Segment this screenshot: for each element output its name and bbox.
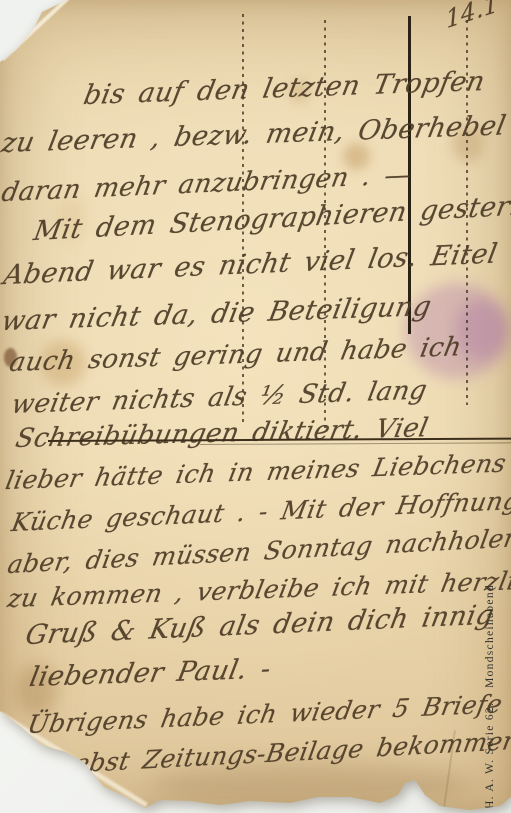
card-title-label: Mondscheinabend.: [484, 580, 496, 688]
violet-smudge: [455, 300, 507, 360]
postcard-paper: 14.1 bis auf den letzten Tropfen zu leer…: [0, 0, 511, 813]
handwriting-line: Abend war es nicht viel los. Eitel: [3, 238, 497, 290]
handwriting-line: war nicht da, die Beteiligung: [1, 291, 431, 337]
handwriting-line: liebender Paul. -: [29, 654, 271, 693]
handwriting-line: bis auf den letzten Tropfen: [83, 66, 485, 111]
date-annotation: 14.1: [442, 0, 503, 33]
handwriting-line: zu leeren , bezw. mein, Oberhebel: [1, 110, 506, 159]
handwriting-line: weiter nichts als ½ Std. lang: [11, 376, 427, 420]
postcard-shadow-wrapper: 14.1 bis auf den letzten Tropfen zu leer…: [0, 0, 511, 813]
scan-background: 14.1 bis auf den letzten Tropfen zu leer…: [0, 0, 511, 813]
handwriting-line: Schreibübungen diktiert. Viel: [16, 413, 429, 454]
handwriting-line: lieber hätte ich in meines Liebchens: [5, 449, 506, 495]
series-label: H. A. W. Serie 62.: [484, 702, 496, 809]
torn-edge-highlight: [1, 0, 74, 61]
publisher-imprint: H. A. W. Serie 62.Mondscheinabend.: [484, 509, 496, 809]
handwriting-line: auch sonst gering und habe ich: [9, 332, 461, 378]
